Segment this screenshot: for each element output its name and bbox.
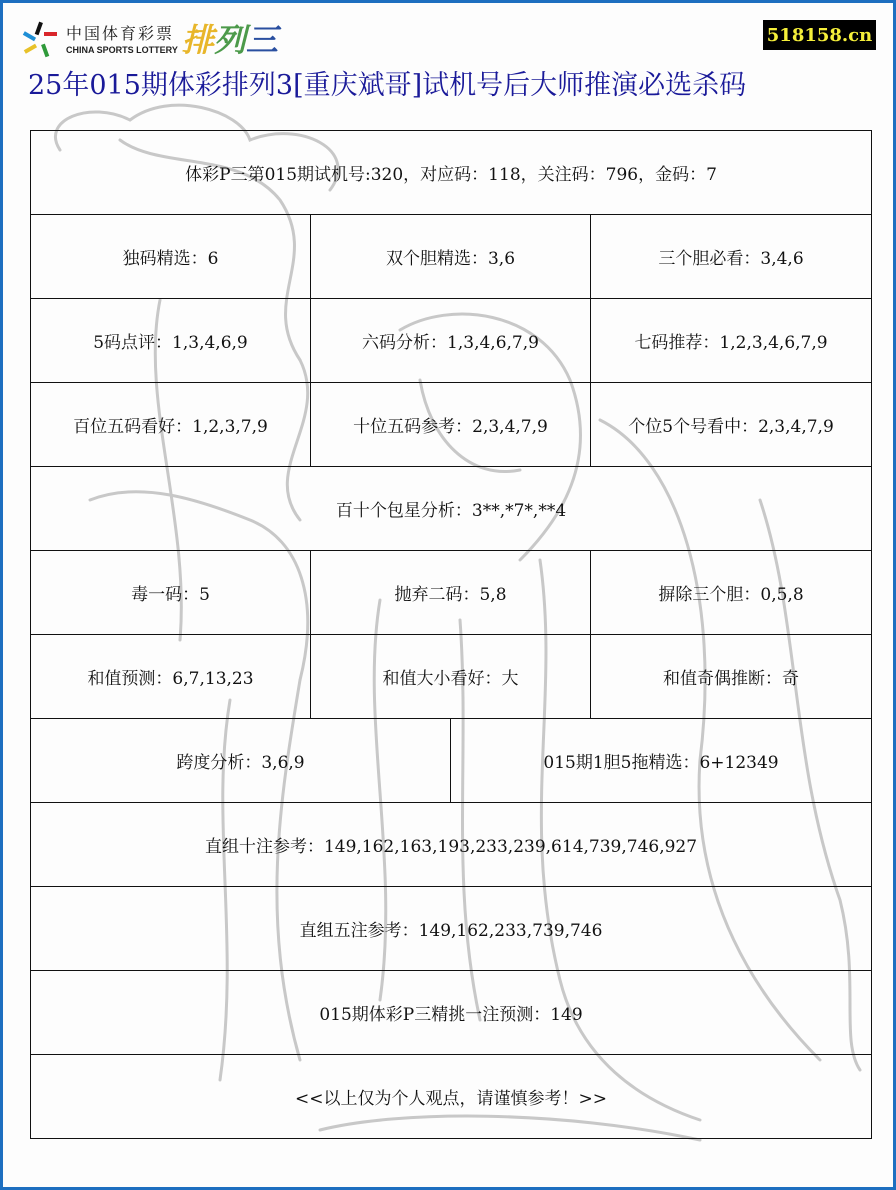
table-cell: 三个胆必看：3,4,6 (591, 215, 872, 299)
table-row: 5码点评：1,3,4,6,9 六码分析：1,3,4,6,7,9 七码推荐：1,2… (31, 299, 872, 383)
table-row: 体彩P三第015期试机号:320，对应码：118，关注码：796，金码：7 (31, 131, 872, 215)
game-char-2: 列 (214, 20, 246, 60)
table-cell: 十位五码参考：2,3,4,7,9 (311, 383, 591, 467)
prediction-table: 体彩P三第015期试机号:320，对应码：118，关注码：796，金码：7 独码… (30, 130, 872, 1139)
table-cell: 和值奇偶推断：奇 (591, 635, 872, 719)
table-row: 直组十注参考：149,162,163,193,233,239,614,739,7… (31, 803, 872, 887)
table-cell: 百十个包星分析：3**,*7*,**4 (31, 467, 872, 551)
site-domain-badge: 518158.cn (763, 20, 876, 50)
table-cell: 抛弃二码：5,8 (311, 551, 591, 635)
game-char-1: 排 (182, 20, 214, 60)
table-cell: 独码精选：6 (31, 215, 311, 299)
table-cell: 毒一码：5 (31, 551, 311, 635)
disclaimer-cell: <<以上仅为个人观点，请谨慎参考！>> (31, 1055, 872, 1139)
game-char-3: 三 (246, 20, 278, 60)
table-row: 独码精选：6 双个胆精选：3,6 三个胆必看：3,4,6 (31, 215, 872, 299)
table-cell: 和值预测：6,7,13,23 (31, 635, 311, 719)
table-cell: 015期体彩P三精挑一注预测：149 (31, 971, 872, 1055)
logo-en-text: CHINA SPORTS LOTTERY (66, 44, 178, 56)
table-row: 直组五注参考：149,162,233,739,746 (31, 887, 872, 971)
table-cell: 双个胆精选：3,6 (311, 215, 591, 299)
table-cell: 和值大小看好：大 (311, 635, 591, 719)
china-sports-lottery-logo: 中国体育彩票 CHINA SPORTS LOTTERY 排 列 三 (20, 18, 278, 62)
page-title: 25年015期体彩排列3[重庆斌哥]试机号后大师推演必选杀码 (28, 66, 878, 106)
table-row: 毒一码：5 抛弃二码：5,8 摒除三个胆：0,5,8 (31, 551, 872, 635)
table-cell: 百位五码看好：1,2,3,7,9 (31, 383, 311, 467)
table-row: 015期体彩P三精挑一注预测：149 (31, 971, 872, 1055)
table-row: 和值预测：6,7,13,23 和值大小看好：大 和值奇偶推断：奇 (31, 635, 872, 719)
table-row: 百十个包星分析：3**,*7*,**4 (31, 467, 872, 551)
logo-cn-text: 中国体育彩票 (66, 24, 178, 44)
table-cell: 5码点评：1,3,4,6,9 (31, 299, 311, 383)
table-row: 跨度分析：3,6,9 015期1胆5拖精选：6+12349 (31, 719, 872, 803)
table-cell: 个位5个号看中：2,3,4,7,9 (591, 383, 872, 467)
game-name-pailie3: 排 列 三 (182, 20, 278, 60)
lottery-star-icon (20, 20, 60, 60)
table-cell: 七码推荐：1,2,3,4,6,7,9 (591, 299, 872, 383)
table-row: 百位五码看好：1,2,3,7,9 十位五码参考：2,3,4,7,9 个位5个号看… (31, 383, 872, 467)
table-cell: 跨度分析：3,6,9 (31, 719, 451, 803)
table-cell: 六码分析：1,3,4,6,7,9 (311, 299, 591, 383)
table-cell: 015期1胆5拖精选：6+12349 (451, 719, 872, 803)
table-cell: 直组十注参考：149,162,163,193,233,239,614,739,7… (31, 803, 872, 887)
table-row: <<以上仅为个人观点，请谨慎参考！>> (31, 1055, 872, 1139)
table-cell: 摒除三个胆：0,5,8 (591, 551, 872, 635)
table-cell: 体彩P三第015期试机号:320，对应码：118，关注码：796，金码：7 (31, 131, 872, 215)
table-cell: 直组五注参考：149,162,233,739,746 (31, 887, 872, 971)
